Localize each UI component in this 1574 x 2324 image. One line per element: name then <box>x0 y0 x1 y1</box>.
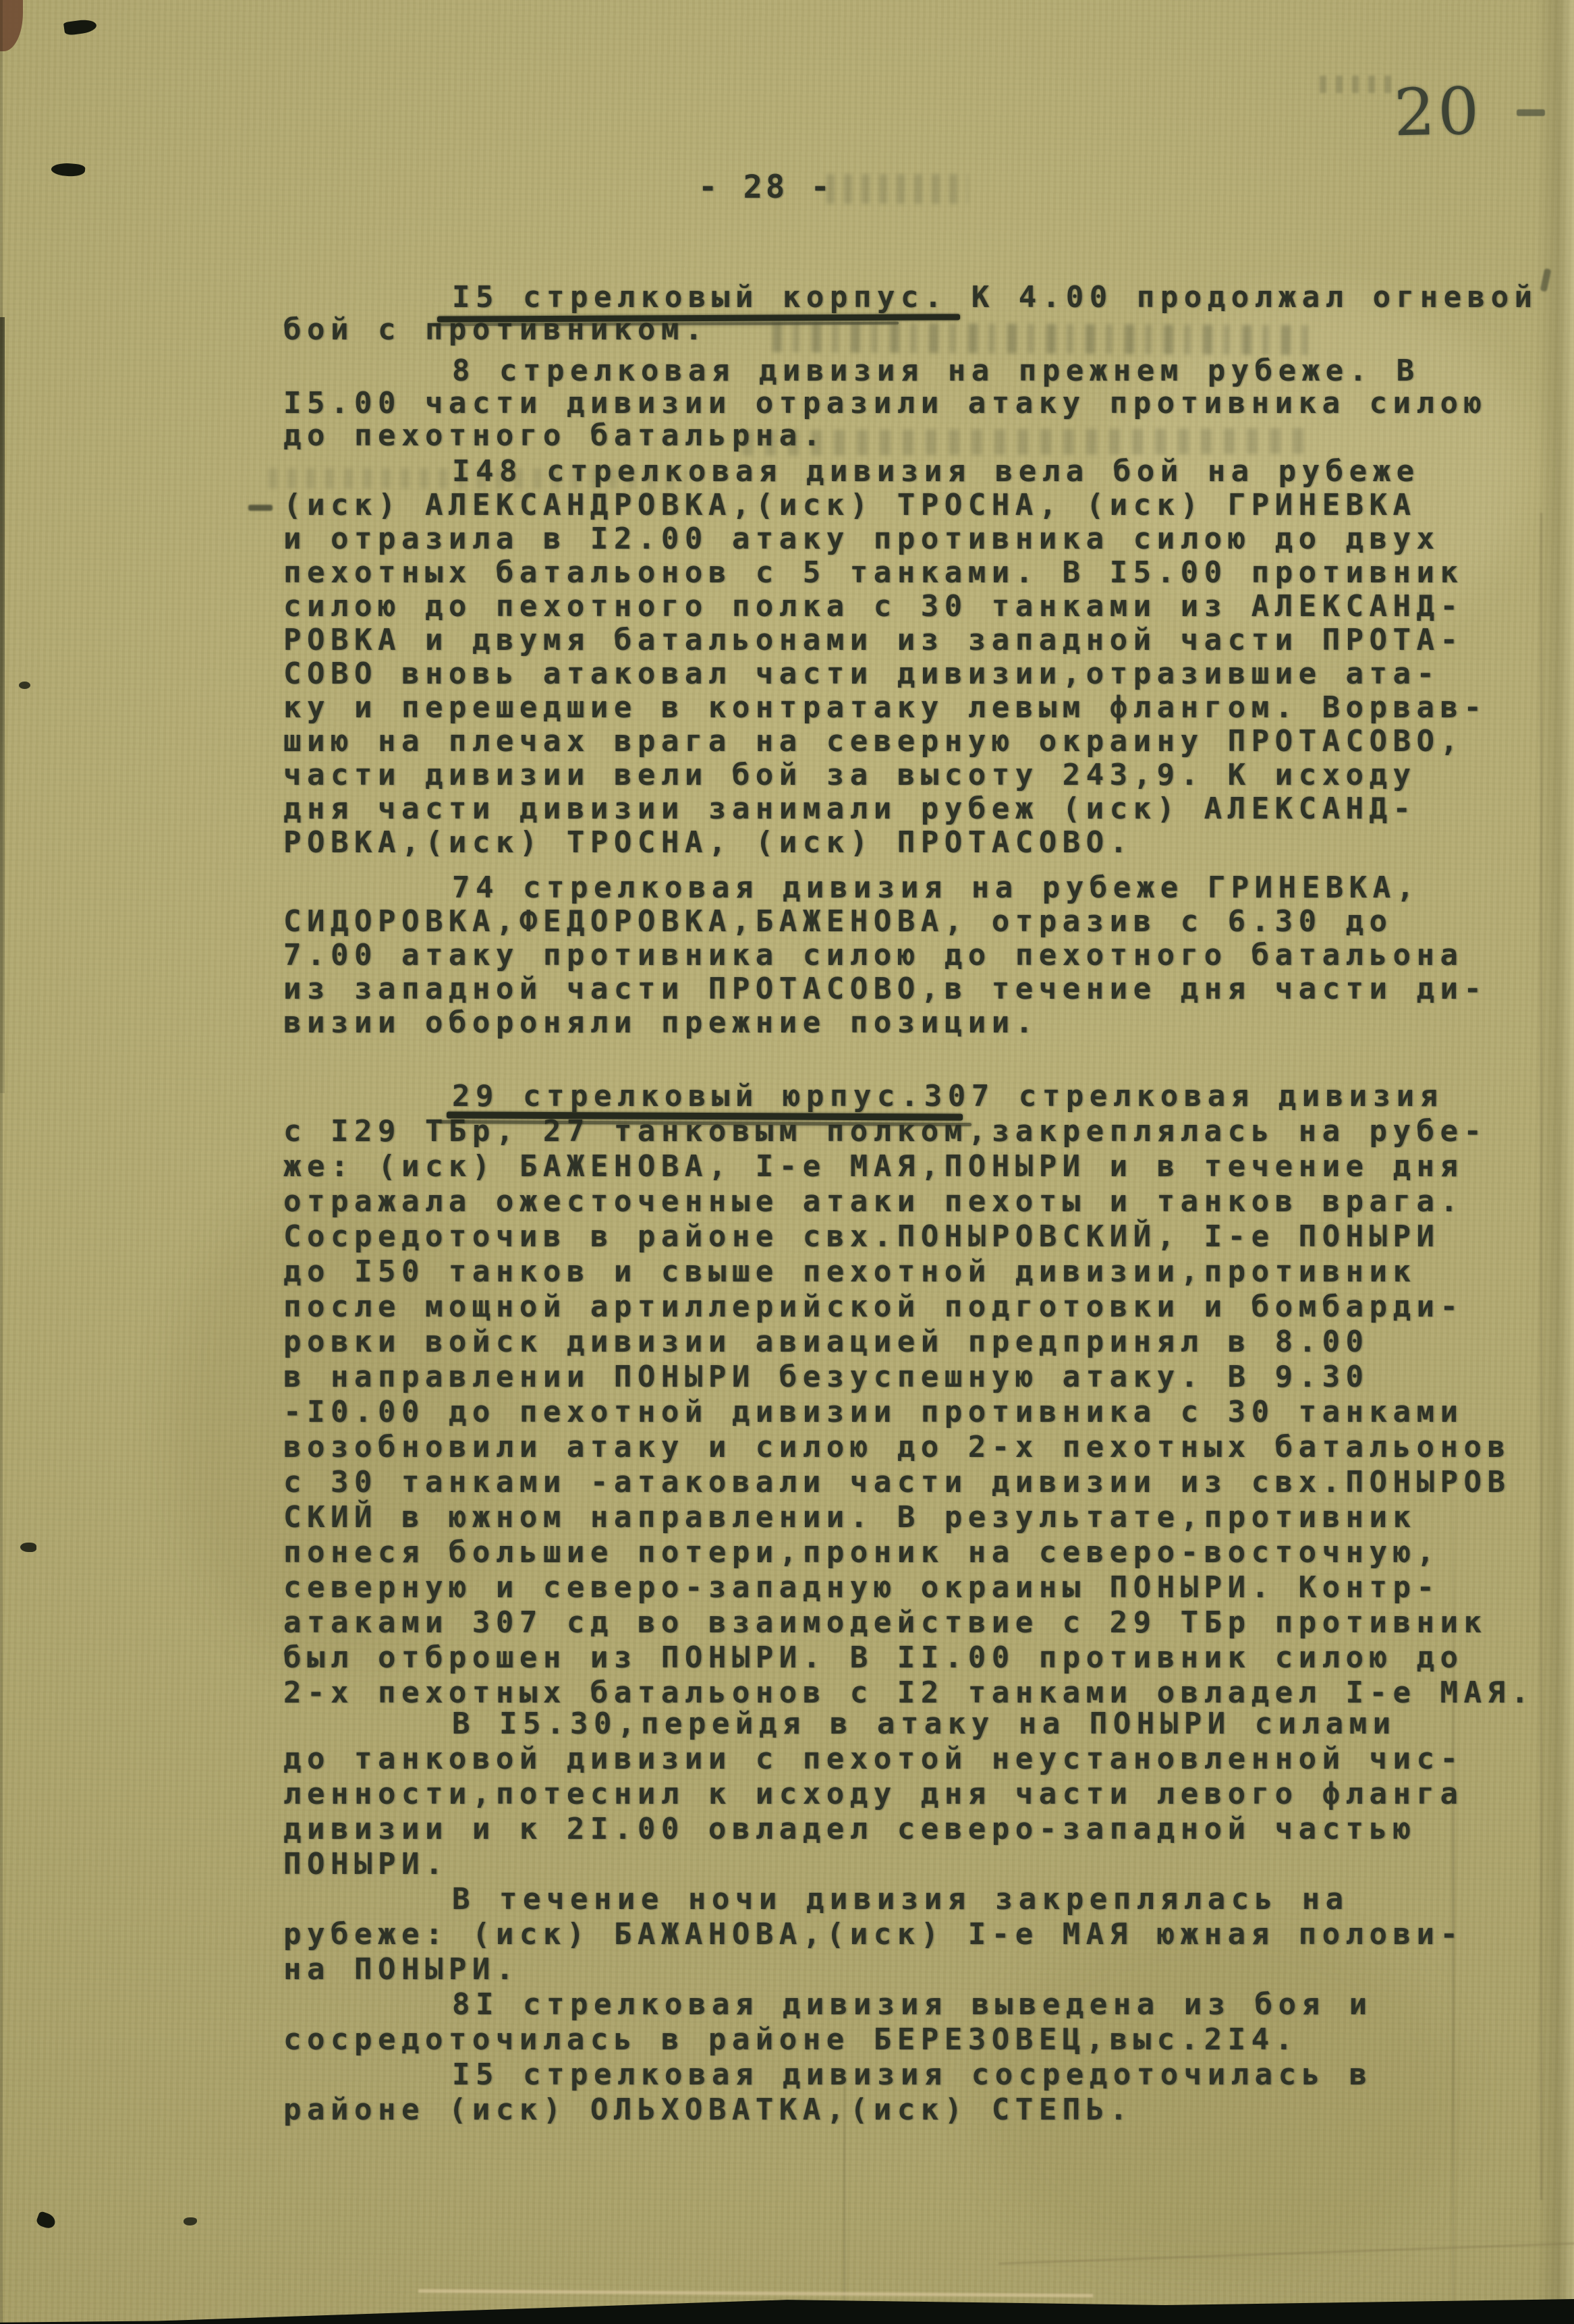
page-number: - 28 - <box>698 170 833 205</box>
hole-mark <box>35 2211 57 2230</box>
scanned-document-page: - 28 - 20 I5 стрелковый корпус. К 4.00 п… <box>0 0 1574 2324</box>
erased-text-smudge <box>742 428 1309 456</box>
ink-dash-mark <box>1517 109 1545 116</box>
sheet-number: 20 <box>1393 79 1482 146</box>
paragraph-29th-rifle-corps: 29 стрелковый юрпус.307 стрелковая дивиз… <box>283 1079 1574 1711</box>
paragraph-night-consolidation: В течение ночи дивизия закреплялась на р… <box>283 1882 1574 1987</box>
corner-tear-mark <box>0 0 23 51</box>
hole-mark <box>51 162 85 177</box>
hole-mark <box>184 2217 197 2225</box>
erased-text-smudge <box>772 323 1312 355</box>
paragraph-148th-rifle-division: I48 стрелковая дивизия вела бой на рубеж… <box>283 455 1574 860</box>
margin-dash-mark <box>248 505 273 511</box>
ink-smudge <box>1320 76 1394 93</box>
hole-mark <box>19 682 30 689</box>
paragraph-81st-rifle-division: 8I стрелковая дивизия выведена из боя и … <box>283 1987 1574 2057</box>
erased-text-smudge <box>269 468 687 489</box>
paragraph-15th-rifle-division: I5 стрелковая дивизия сосредоточилась в … <box>283 2057 1574 2128</box>
ink-smudge <box>826 174 968 204</box>
hole-mark <box>20 1543 36 1552</box>
paragraph-74th-rifle-division: 74 стрелковая дивизия на рубеже ГРИНЕВКА… <box>283 871 1574 1040</box>
paragraph-attack-on-ponyri: В I5.30,перейдя в атаку на ПОНЫРИ силами… <box>283 1707 1574 1882</box>
torn-edge-highlight <box>418 2290 1093 2298</box>
hole-mark <box>63 18 97 36</box>
left-edge-shadow <box>0 0 3 2324</box>
